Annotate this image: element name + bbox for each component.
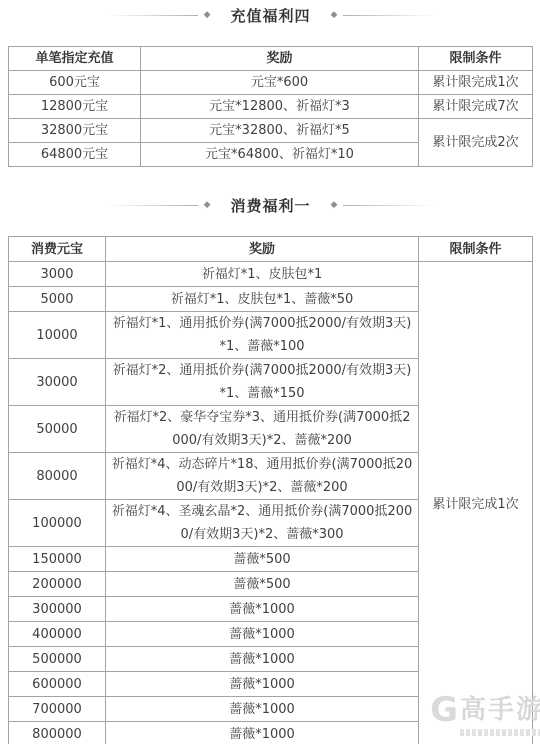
reward-cell: 祈福灯*2、豪华夺宝券*3、通用抵价券(满7000抵2000/有效期3天)*2、… [106,406,419,453]
amount-cell: 10000 [9,312,106,359]
diamond-icon: ◆ [331,11,338,20]
amount-cell: 3000 [9,262,106,287]
title-divider-right [343,15,435,16]
reward-cell: 祈福灯*4、动态碎片*18、通用抵价券(满7000抵2000/有效期3天)*2、… [106,453,419,500]
amount-cell: 64800元宝 [9,143,141,167]
limit-cell: 累计限完成1次 [419,262,533,744]
title-divider-left [106,205,198,206]
section-title: 消费福利一 [230,195,310,216]
recharge-benefit-table: 单笔指定充值 奖励 限制条件 600元宝 元宝*600 累计限完成1次 1280… [8,46,533,167]
amount-cell: 50000 [9,406,106,453]
diamond-icon: ◆ [204,201,211,210]
header-reward: 奖励 [141,47,419,71]
amount-cell: 700000 [9,697,106,722]
section-title-bar: ◆ 充值福利四 ◆ [8,5,533,25]
limit-cell: 累计限完成2次 [419,119,533,167]
header-reward: 奖励 [106,237,419,262]
amount-cell: 600000 [9,672,106,697]
reward-cell: 祈福灯*1、皮肤包*1 [106,262,419,287]
reward-cell: 元宝*32800、祈福灯*5 [141,119,419,143]
title-divider-right [343,205,435,206]
section-recharge-benefit: ◆ 充值福利四 ◆ 单笔指定充值 奖励 限制条件 600元宝 元宝*600 累计… [8,5,533,167]
consume-benefit-table: 消费元宝 奖励 限制条件 3000 祈福灯*1、皮肤包*1 累计限完成1次 50… [8,236,533,744]
amount-cell: 5000 [9,287,106,312]
amount-cell: 500000 [9,647,106,672]
table-row: 3000 祈福灯*1、皮肤包*1 累计限完成1次 [9,262,533,287]
limit-cell: 累计限完成7次 [419,95,533,119]
title-divider-left [106,15,198,16]
reward-cell: 元宝*600 [141,71,419,95]
table-row: 12800元宝 元宝*12800、祈福灯*3 累计限完成7次 [9,95,533,119]
amount-cell: 300000 [9,597,106,622]
table-header-row: 消费元宝 奖励 限制条件 [9,237,533,262]
page: { "icons": { "diamond": "◆" }, "sections… [0,0,540,744]
amount-cell: 80000 [9,453,106,500]
section-title: 充值福利四 [230,5,310,26]
reward-cell: 蔷薇*1000 [106,697,419,722]
amount-cell: 32800元宝 [9,119,141,143]
header-limit: 限制条件 [419,237,533,262]
diamond-icon: ◆ [204,11,211,20]
amount-cell: 100000 [9,500,106,547]
header-limit: 限制条件 [419,47,533,71]
header-amount: 单笔指定充值 [9,47,141,71]
reward-cell: 祈福灯*1、皮肤包*1、蔷薇*50 [106,287,419,312]
section-consume-benefit: ◆ 消费福利一 ◆ 消费元宝 奖励 限制条件 3000 祈福灯*1、皮肤包*1 … [8,195,533,744]
section-title-bar: ◆ 消费福利一 ◆ [8,195,533,215]
header-amount: 消费元宝 [9,237,106,262]
reward-cell: 元宝*12800、祈福灯*3 [141,95,419,119]
reward-cell: 祈福灯*2、通用抵价券(满7000抵2000/有效期3天)*1、蔷薇*150 [106,359,419,406]
amount-cell: 12800元宝 [9,95,141,119]
amount-cell: 400000 [9,622,106,647]
reward-cell: 祈福灯*4、圣魂玄晶*2、通用抵价券(满7000抵2000/有效期3天)*2、蔷… [106,500,419,547]
amount-cell: 30000 [9,359,106,406]
limit-cell: 累计限完成1次 [419,71,533,95]
reward-cell: 蔷薇*1000 [106,647,419,672]
reward-cell: 蔷薇*500 [106,572,419,597]
reward-cell: 蔷薇*1000 [106,622,419,647]
amount-cell: 200000 [9,572,106,597]
reward-cell: 蔷薇*1000 [106,722,419,744]
reward-cell: 祈福灯*1、通用抵价券(满7000抵2000/有效期3天)*1、蔷薇*100 [106,312,419,359]
amount-cell: 600元宝 [9,71,141,95]
table-row: 32800元宝 元宝*32800、祈福灯*5 累计限完成2次 [9,119,533,143]
diamond-icon: ◆ [331,201,338,210]
reward-cell: 蔷薇*1000 [106,672,419,697]
table-header-row: 单笔指定充值 奖励 限制条件 [9,47,533,71]
reward-cell: 蔷薇*500 [106,547,419,572]
amount-cell: 150000 [9,547,106,572]
content-area: ◆ 充值福利四 ◆ 单笔指定充值 奖励 限制条件 600元宝 元宝*600 累计… [0,0,540,744]
amount-cell: 800000 [9,722,106,744]
table-row: 600元宝 元宝*600 累计限完成1次 [9,71,533,95]
reward-cell: 蔷薇*1000 [106,597,419,622]
reward-cell: 元宝*64800、祈福灯*10 [141,143,419,167]
